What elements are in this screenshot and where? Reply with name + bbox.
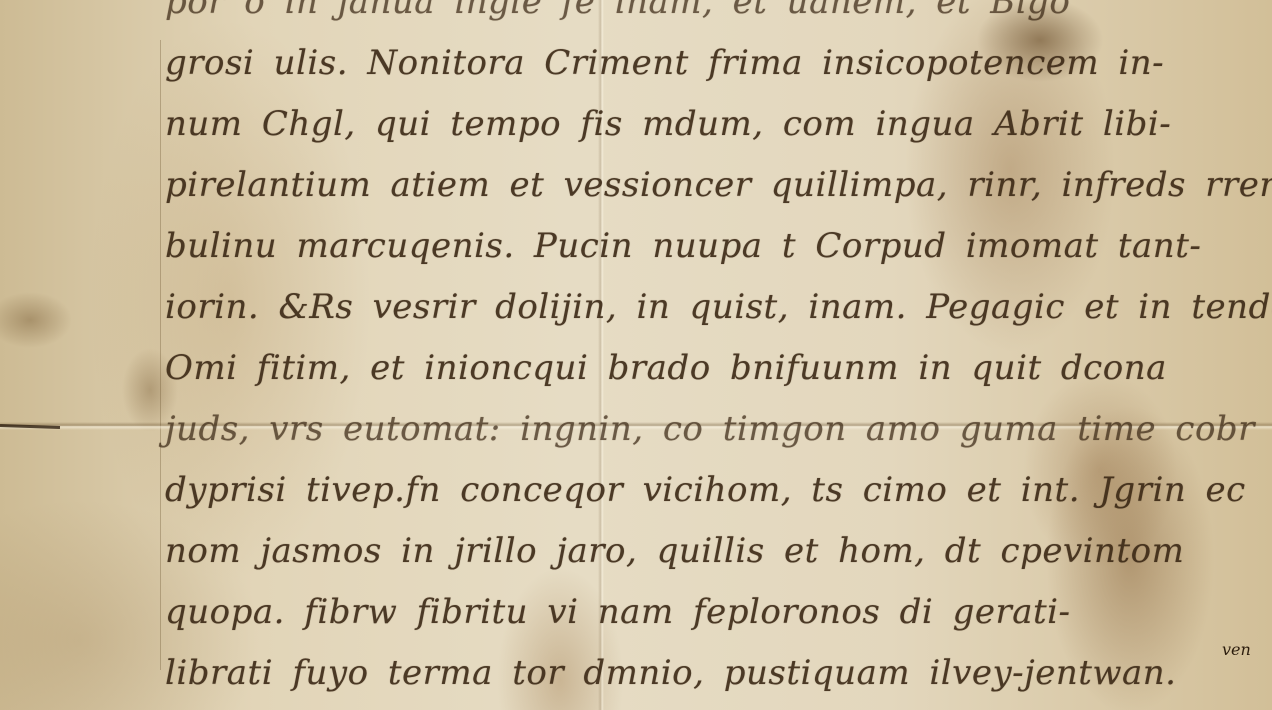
text-line-10: nom jasmos in jrillo jaro, quillis et ho…	[165, 521, 1255, 582]
text-line-12: librati fuyo terma tor dmnio, pustiquam …	[165, 643, 1255, 704]
manuscript-page: por o in janua ingle fe inam, et uanem, …	[0, 0, 1272, 710]
text-line-1: por o in janua ingle fe inam, et uanem, …	[165, 0, 1255, 33]
margin-rule	[160, 40, 161, 670]
text-line-8: juds, vrs eutomat: ingnin, co timgon amo…	[165, 399, 1255, 460]
text-line-9: dyprisi tivep.fn conceqor vicihom, ts ci…	[165, 460, 1255, 521]
handwritten-text-block: por o in janua ingle fe inam, et uanem, …	[165, 0, 1255, 704]
text-line-4: pirelantium atiem et vessioncer quillimp…	[165, 155, 1255, 216]
text-line-7: Omi fitim, et inioncqui brado bnifuunm i…	[165, 338, 1255, 399]
text-line-5: bulinu marcuqenis. Pucin nuupa t Corpud …	[165, 216, 1255, 277]
text-line-11: quopa. fibrw fibritu vi nam feploronos d…	[165, 582, 1255, 643]
text-line-2: grosi ulis. Nonitora Criment frima insic…	[165, 33, 1255, 94]
text-line-6: iorin. &Rs vesrir dolijin, in quist, ina…	[165, 277, 1255, 338]
text-line-3: num Chgl, qui tempo fis mdum, com ingua …	[165, 94, 1255, 155]
superscript-annotation: ven	[1222, 640, 1251, 659]
